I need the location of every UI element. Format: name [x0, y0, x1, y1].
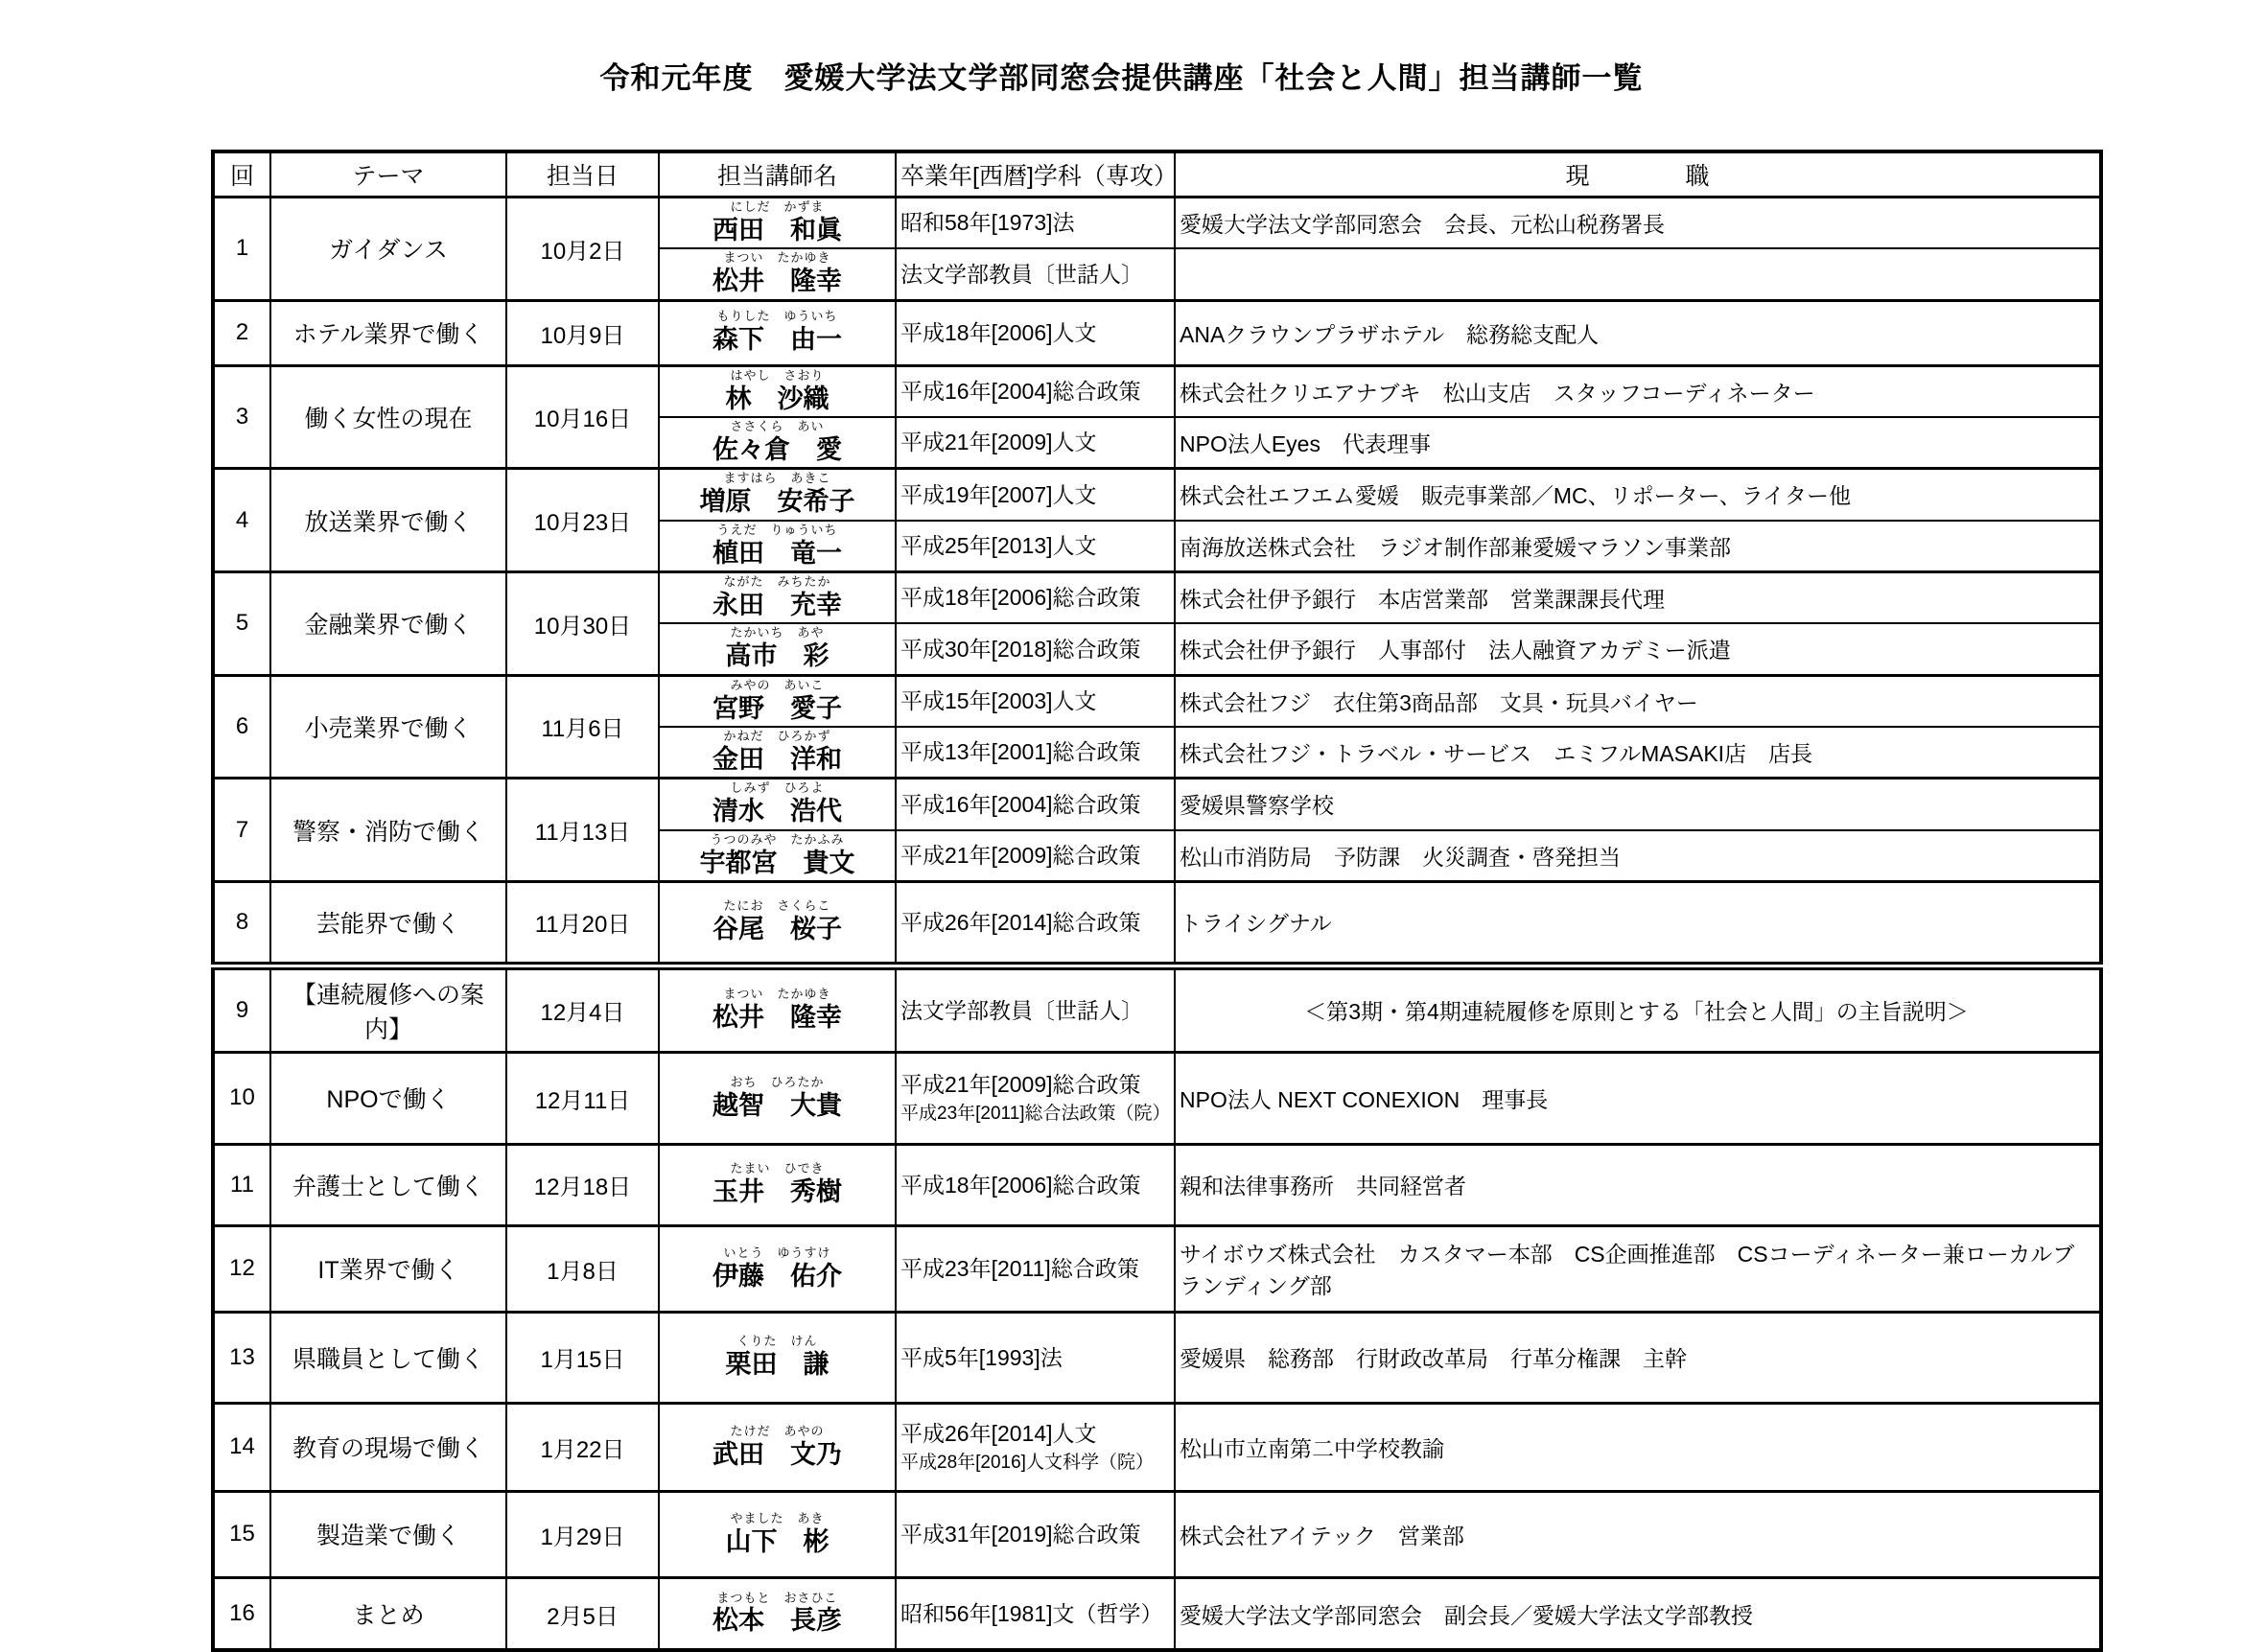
- graduation-cell: 昭和56年[1981]文（哲学）: [896, 1577, 1175, 1650]
- graduation-cell: 平成18年[2006]人文: [896, 300, 1175, 365]
- current-job-cell: 株式会社アイテック 営業部: [1175, 1491, 2101, 1577]
- lecturer-name: 佐々倉 愛: [664, 434, 891, 465]
- round-number-cell: 12: [213, 1225, 270, 1312]
- date-cell: 11月13日: [506, 779, 659, 882]
- lecturer-name: 伊藤 佑介: [664, 1261, 891, 1291]
- lecturer-name: 増原 安希子: [664, 486, 891, 517]
- round-number-cell: 16: [213, 1577, 270, 1650]
- lecturer-name-cell: しみず ひろよ清水 浩代: [659, 779, 896, 830]
- lecturer-name-cell: たけだ あやの武田 文乃: [659, 1403, 896, 1491]
- graduation-cell: 平成15年[2003]人文: [896, 675, 1175, 727]
- graduation-line-1: 平成16年[2004]総合政策: [900, 791, 1170, 819]
- date-cell: 1月8日: [506, 1225, 659, 1312]
- table-row: 3働く女性の現在10月16日はやし さおり林 沙織平成16年[2004]総合政策…: [213, 365, 2101, 417]
- furigana-label: にしだ かずま: [664, 200, 891, 215]
- lecturer-name: 栗田 謙: [664, 1349, 891, 1380]
- table-row: 2ホテル業界で働く10月9日もりした ゆういち森下 由一平成18年[2006]人…: [213, 300, 2101, 365]
- lecturer-name-cell: たにお さくらこ谷尾 桜子: [659, 881, 896, 966]
- lecturer-name-cell: うつのみや たかふみ宇都宮 貴文: [659, 830, 896, 882]
- date-cell: 10月9日: [506, 300, 659, 365]
- round-number-cell: 1: [213, 198, 270, 301]
- lecturer-name-cell: もりした ゆういち森下 由一: [659, 300, 896, 365]
- graduation-line-1: 平成5年[1993]法: [900, 1344, 1170, 1372]
- current-job-cell: 愛媛県警察学校: [1175, 779, 2101, 830]
- table-row: 1ガイダンス10月2日にしだ かずま西田 和眞昭和58年[1973]法愛媛大学法…: [213, 198, 2101, 249]
- theme-cell: 小売業界で働く: [270, 675, 506, 779]
- graduation-line-1: 平成30年[2018]総合政策: [900, 636, 1170, 663]
- lecturer-name-cell: まつもと おさひこ松本 長彦: [659, 1577, 896, 1650]
- lecturer-name: 松井 隆幸: [664, 1002, 891, 1033]
- current-job-cell: 株式会社伊予銀行 人事部付 法人融資アカデミー派遣: [1175, 623, 2101, 675]
- theme-cell: 芸能界で働く: [270, 881, 506, 966]
- graduation-line-2: 平成28年[2016]人文科学（院）: [900, 1452, 1170, 1475]
- graduation-cell: 平成26年[2014]人文平成28年[2016]人文科学（院）: [896, 1403, 1175, 1491]
- lecturer-name: 越智 大貴: [664, 1090, 891, 1121]
- furigana-label: たまい ひでき: [664, 1162, 891, 1176]
- furigana-label: もりした ゆういち: [664, 310, 891, 324]
- round-number-cell: 11: [213, 1144, 270, 1225]
- graduation-cell: 法文学部教員〔世話人〕: [896, 248, 1175, 300]
- table-row: 14教育の現場で働く1月22日たけだ あやの武田 文乃平成26年[2014]人文…: [213, 1403, 2101, 1491]
- graduation-cell: 平成18年[2006]総合政策: [896, 571, 1175, 623]
- graduation-line-1: 法文学部教員〔世話人〕: [900, 997, 1170, 1025]
- furigana-label: たにお さくらこ: [664, 899, 891, 914]
- round-number-cell: 2: [213, 300, 270, 365]
- theme-cell: 製造業で働く: [270, 1491, 506, 1577]
- round-number-cell: 14: [213, 1403, 270, 1491]
- graduation-cell: 平成23年[2011]総合政策: [896, 1225, 1175, 1312]
- lecturer-name: 玉井 秀樹: [664, 1176, 891, 1207]
- graduation-cell: 平成21年[2009]人文: [896, 417, 1175, 469]
- round-number-cell: 9: [213, 966, 270, 1052]
- round-number-cell: 5: [213, 571, 270, 675]
- round-number-cell: 6: [213, 675, 270, 779]
- furigana-label: かねだ ひろかず: [664, 730, 891, 744]
- lecturer-name-cell: まつい たかゆき松井 隆幸: [659, 248, 896, 300]
- current-job-cell: ＜第3期・第4期連続履修を原則とする「社会と人間」の主旨説明＞: [1175, 966, 2101, 1052]
- graduation-line-1: 昭和56年[1981]文（哲学）: [900, 1600, 1170, 1628]
- furigana-label: たけだ あやの: [664, 1425, 891, 1439]
- graduation-cell: 平成30年[2018]総合政策: [896, 623, 1175, 675]
- date-cell: 12月11日: [506, 1052, 659, 1144]
- graduation-line-1: 平成23年[2011]総合政策: [900, 1255, 1170, 1283]
- column-header-date: 担当日: [506, 151, 659, 198]
- column-header-current-job: 現 職: [1175, 151, 2101, 198]
- lecturer-name: 松井 隆幸: [664, 266, 891, 296]
- date-cell: 10月23日: [506, 469, 659, 572]
- lecturer-name: 武田 文乃: [664, 1439, 891, 1470]
- table-row: 16まとめ2月5日まつもと おさひこ松本 長彦昭和56年[1981]文（哲学）愛…: [213, 1577, 2101, 1650]
- theme-cell: まとめ: [270, 1577, 506, 1650]
- lecturer-name: 宮野 愛子: [664, 693, 891, 724]
- column-header-no: 回: [213, 151, 270, 198]
- theme-cell: 放送業界で働く: [270, 469, 506, 572]
- graduation-line-1: 平成18年[2006]総合政策: [900, 1172, 1170, 1199]
- lecturer-name-cell: ささくら あい佐々倉 愛: [659, 417, 896, 469]
- furigana-label: たかいち あや: [664, 626, 891, 640]
- table-row: 4放送業界で働く10月23日ますはら あきこ増原 安希子平成19年[2007]人…: [213, 469, 2101, 521]
- lecturer-name-cell: たまい ひでき玉井 秀樹: [659, 1144, 896, 1225]
- graduation-line-1: 平成13年[2001]総合政策: [900, 738, 1170, 766]
- furigana-label: ますはら あきこ: [664, 472, 891, 486]
- furigana-label: まつもと おさひこ: [664, 1592, 891, 1606]
- page: { "page": { "background": "#ffffff", "te…: [0, 0, 2243, 1586]
- table-row: 11弁護士として働く12月18日たまい ひでき玉井 秀樹平成18年[2006]総…: [213, 1144, 2101, 1225]
- current-job-cell: 株式会社クリエアナブキ 松山支店 スタッフコーディネーター: [1175, 365, 2101, 417]
- current-job-cell: 南海放送株式会社 ラジオ制作部兼愛媛マラソン事業部: [1175, 521, 2101, 572]
- graduation-line-1: 平成26年[2014]総合政策: [900, 909, 1170, 937]
- table-row: 10NPOで働く12月11日おち ひろたか越智 大貴平成21年[2009]総合政…: [213, 1052, 2101, 1144]
- graduation-line-1: 平成18年[2006]人文: [900, 319, 1170, 347]
- date-cell: 10月16日: [506, 365, 659, 469]
- graduation-cell: 法文学部教員〔世話人〕: [896, 966, 1175, 1052]
- table-header: 回 テーマ 担当日 担当講師名 卒業年[西暦]学科（専攻） 現 職: [213, 151, 2101, 198]
- round-number-cell: 15: [213, 1491, 270, 1577]
- table-row: 9【連続履修への案内】12月4日まつい たかゆき松井 隆幸法文学部教員〔世話人〕…: [213, 966, 2101, 1052]
- graduation-line-1: 平成21年[2009]人文: [900, 429, 1170, 456]
- graduation-cell: 平成16年[2004]総合政策: [896, 779, 1175, 830]
- graduation-line-1: 平成31年[2019]総合政策: [900, 1521, 1170, 1548]
- lecturer-name: 谷尾 桜子: [664, 914, 891, 944]
- current-job-cell: NPO法人Eyes 代表理事: [1175, 417, 2101, 469]
- theme-cell: 県職員として働く: [270, 1312, 506, 1403]
- furigana-label: おち ひろたか: [664, 1076, 891, 1090]
- lecturer-name-cell: ながた みちたか永田 充幸: [659, 571, 896, 623]
- current-job-cell: 親和法律事務所 共同経営者: [1175, 1144, 2101, 1225]
- header-row: 回 テーマ 担当日 担当講師名 卒業年[西暦]学科（専攻） 現 職: [213, 151, 2101, 198]
- table-row: 7警察・消防で働く11月13日しみず ひろよ清水 浩代平成16年[2004]総合…: [213, 779, 2101, 830]
- furigana-label: ながた みちたか: [664, 575, 891, 590]
- lecturer-name: 林 沙織: [664, 384, 891, 414]
- theme-cell: 弁護士として働く: [270, 1144, 506, 1225]
- current-job-cell: NPO法人 NEXT CONEXION 理事長: [1175, 1052, 2101, 1144]
- current-job-cell: サイボウズ株式会社 カスタマー本部 CS企画推進部 CSコーディネーター兼ローカ…: [1175, 1225, 2101, 1312]
- furigana-label: くりた けん: [664, 1335, 891, 1349]
- lecturer-name-cell: うえだ りゅういち植田 竜一: [659, 521, 896, 572]
- current-job-cell: 株式会社フジ 衣住第3商品部 文具・玩具バイヤー: [1175, 675, 2101, 727]
- lecturer-name-cell: にしだ かずま西田 和眞: [659, 198, 896, 249]
- theme-cell: 金融業界で働く: [270, 571, 506, 675]
- lecturer-name-cell: まつい たかゆき松井 隆幸: [659, 966, 896, 1052]
- table-row: 13県職員として働く1月15日くりた けん栗田 謙平成5年[1993]法愛媛県 …: [213, 1312, 2101, 1403]
- graduation-line-1: 平成25年[2013]人文: [900, 532, 1170, 560]
- lecturer-name-cell: くりた けん栗田 謙: [659, 1312, 896, 1403]
- lecturer-name-cell: ますはら あきこ増原 安希子: [659, 469, 896, 521]
- date-cell: 1月15日: [506, 1312, 659, 1403]
- furigana-label: しみず ひろよ: [664, 781, 891, 796]
- theme-cell: 【連続履修への案内】: [270, 966, 506, 1052]
- current-job-cell: ANAクラウンプラザホテル 総務総支配人: [1175, 300, 2101, 365]
- graduation-cell: 平成21年[2009]総合政策: [896, 830, 1175, 882]
- lecturer-name: 高市 彩: [664, 640, 891, 671]
- date-cell: 11月6日: [506, 675, 659, 779]
- current-job-cell: 株式会社伊予銀行 本店営業部 営業課課長代理: [1175, 571, 2101, 623]
- date-cell: 12月4日: [506, 966, 659, 1052]
- table-row: 8芸能界で働く11月20日たにお さくらこ谷尾 桜子平成26年[2014]総合政…: [213, 881, 2101, 966]
- theme-cell: ガイダンス: [270, 198, 506, 301]
- theme-cell: 教育の現場で働く: [270, 1403, 506, 1491]
- round-number-cell: 4: [213, 469, 270, 572]
- furigana-label: いとう ゆうすけ: [664, 1246, 891, 1261]
- date-cell: 10月2日: [506, 198, 659, 301]
- furigana-label: ささくら あい: [664, 420, 891, 434]
- graduation-cell: 平成21年[2009]総合政策平成23年[2011]総合法政策（院）: [896, 1052, 1175, 1144]
- current-job-cell: [1175, 248, 2101, 300]
- graduation-line-1: 平成15年[2003]人文: [900, 687, 1170, 715]
- date-cell: 10月30日: [506, 571, 659, 675]
- graduation-cell: 平成5年[1993]法: [896, 1312, 1175, 1403]
- furigana-label: みやの あいこ: [664, 679, 891, 693]
- lecturer-name-cell: かねだ ひろかず金田 洋和: [659, 727, 896, 779]
- graduation-cell: 昭和58年[1973]法: [896, 198, 1175, 249]
- furigana-label: うつのみや たかふみ: [664, 833, 891, 848]
- theme-cell: IT業界で働く: [270, 1225, 506, 1312]
- lecturer-name: 永田 充幸: [664, 590, 891, 620]
- graduation-line-1: 昭和58年[1973]法: [900, 209, 1170, 237]
- graduation-line-1: 平成16年[2004]総合政策: [900, 378, 1170, 406]
- graduation-cell: 平成16年[2004]総合政策: [896, 365, 1175, 417]
- lecturer-name: 宇都宮 貴文: [664, 848, 891, 878]
- table-row: 12IT業界で働く1月8日いとう ゆうすけ伊藤 佑介平成23年[2011]総合政…: [213, 1225, 2101, 1312]
- date-cell: 11月20日: [506, 881, 659, 966]
- lecturer-name: 松本 長彦: [664, 1605, 891, 1636]
- furigana-label: まつい たかゆき: [664, 988, 891, 1002]
- round-number-cell: 13: [213, 1312, 270, 1403]
- date-cell: 1月29日: [506, 1491, 659, 1577]
- current-job-cell: トライシグナル: [1175, 881, 2101, 966]
- current-job-cell: 愛媛大学法文学部同窓会 会長、元松山税務署長: [1175, 198, 2101, 249]
- current-job-cell: 愛媛県 総務部 行財政改革局 行革分権課 主幹: [1175, 1312, 2101, 1403]
- lecturer-name: 金田 洋和: [664, 744, 891, 775]
- current-job-cell: 株式会社エフエム愛媛 販売事業部／MC、リポーター、ライター他: [1175, 469, 2101, 521]
- theme-cell: 警察・消防で働く: [270, 779, 506, 882]
- theme-cell: 働く女性の現在: [270, 365, 506, 469]
- lecturer-name: 清水 浩代: [664, 796, 891, 826]
- lecturer-name-cell: やました あき山下 彬: [659, 1491, 896, 1577]
- current-job-cell: 松山市立南第二中学校教諭: [1175, 1403, 2101, 1491]
- table-row: 5金融業界で働く10月30日ながた みちたか永田 充幸平成18年[2006]総合…: [213, 571, 2101, 623]
- column-header-theme: テーマ: [270, 151, 506, 198]
- graduation-cell: 平成13年[2001]総合政策: [896, 727, 1175, 779]
- lecturer-name: 植田 竜一: [664, 538, 891, 569]
- lecturer-name-cell: はやし さおり林 沙織: [659, 365, 896, 417]
- date-cell: 12月18日: [506, 1144, 659, 1225]
- page-title: 令和元年度 愛媛大学法文学部同窓会提供講座「社会と人間」担当講師一覧: [0, 54, 2243, 97]
- lecturer-name-cell: たかいち あや高市 彩: [659, 623, 896, 675]
- column-header-graduation: 卒業年[西暦]学科（専攻）: [896, 151, 1175, 198]
- graduation-line-1: 平成26年[2014]人文: [900, 1420, 1170, 1448]
- table-body: 1ガイダンス10月2日にしだ かずま西田 和眞昭和58年[1973]法愛媛大学法…: [213, 198, 2101, 1651]
- date-cell: 2月5日: [506, 1577, 659, 1650]
- date-cell: 1月22日: [506, 1403, 659, 1491]
- furigana-label: まつい たかゆき: [664, 251, 891, 266]
- graduation-line-1: 平成19年[2007]人文: [900, 481, 1170, 509]
- graduation-line-1: 平成18年[2006]総合政策: [900, 584, 1170, 612]
- current-job-cell: 愛媛大学法文学部同窓会 副会長／愛媛大学法文学部教授: [1175, 1577, 2101, 1650]
- round-number-cell: 3: [213, 365, 270, 469]
- graduation-line-1: 平成21年[2009]総合政策: [900, 1071, 1170, 1099]
- furigana-label: うえだ りゅういち: [664, 524, 891, 538]
- graduation-cell: 平成31年[2019]総合政策: [896, 1491, 1175, 1577]
- graduation-line-1: 平成21年[2009]総合政策: [900, 842, 1170, 870]
- furigana-label: はやし さおり: [664, 369, 891, 384]
- lecturer-table: 回 テーマ 担当日 担当講師名 卒業年[西暦]学科（専攻） 現 職 1ガイダンス…: [211, 150, 2103, 1652]
- lecturer-name-cell: おち ひろたか越智 大貴: [659, 1052, 896, 1144]
- lecturer-name: 森下 由一: [664, 324, 891, 355]
- graduation-line-1: 法文学部教員〔世話人〕: [900, 261, 1170, 289]
- current-job-cell: 株式会社フジ・トラベル・サービス エミフルMASAKI店 店長: [1175, 727, 2101, 779]
- lecturer-name-cell: みやの あいこ宮野 愛子: [659, 675, 896, 727]
- graduation-cell: 平成18年[2006]総合政策: [896, 1144, 1175, 1225]
- graduation-cell: 平成26年[2014]総合政策: [896, 881, 1175, 966]
- furigana-label: やました あき: [664, 1512, 891, 1526]
- theme-cell: NPOで働く: [270, 1052, 506, 1144]
- graduation-line-2: 平成23年[2011]総合法政策（院）: [900, 1103, 1170, 1126]
- table-row: 6小売業界で働く11月6日みやの あいこ宮野 愛子平成15年[2003]人文株式…: [213, 675, 2101, 727]
- theme-cell: ホテル業界で働く: [270, 300, 506, 365]
- table-row: 15製造業で働く1月29日やました あき山下 彬平成31年[2019]総合政策株…: [213, 1491, 2101, 1577]
- lecturer-name: 山下 彬: [664, 1526, 891, 1557]
- lecturer-name-cell: いとう ゆうすけ伊藤 佑介: [659, 1225, 896, 1312]
- lecturer-name: 西田 和眞: [664, 215, 891, 245]
- graduation-cell: 平成25年[2013]人文: [896, 521, 1175, 572]
- current-job-cell: 松山市消防局 予防課 火災調査・啓発担当: [1175, 830, 2101, 882]
- column-header-lecturer: 担当講師名: [659, 151, 896, 198]
- round-number-cell: 8: [213, 881, 270, 966]
- round-number-cell: 7: [213, 779, 270, 882]
- round-number-cell: 10: [213, 1052, 270, 1144]
- graduation-cell: 平成19年[2007]人文: [896, 469, 1175, 521]
